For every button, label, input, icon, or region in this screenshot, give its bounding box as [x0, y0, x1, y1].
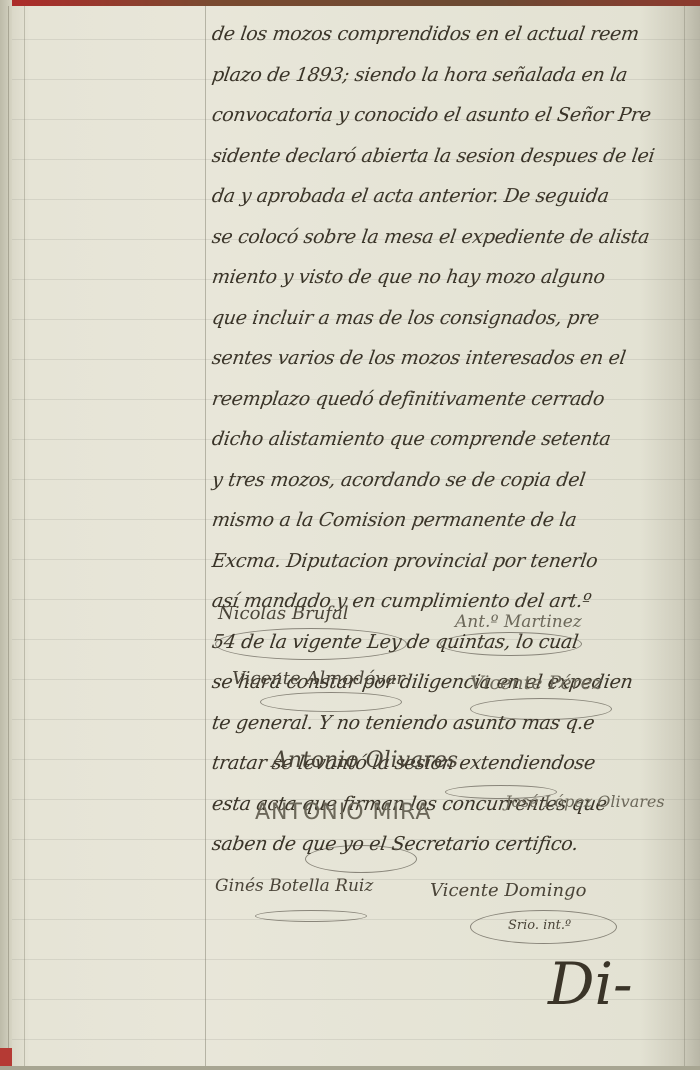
text-line: y tres mozos, acordando se de copia del: [209, 460, 685, 501]
signature-vicente-perez: Vicente Pérez: [470, 672, 602, 694]
minutes-body: de los mozos comprendidos en el actual r…: [212, 14, 682, 865]
text-line: mismo a la Comision permanente de la: [209, 500, 685, 541]
signature-flourish: [305, 845, 417, 873]
signature-flourish: [440, 632, 582, 656]
text-line: sentes varios de los mozos interesados e…: [209, 338, 685, 379]
binding-edge: [0, 0, 12, 1070]
signature-vicente-almodovar: Vicente Almodóvar: [232, 668, 405, 689]
signature-flourish: [470, 910, 617, 944]
text-line: de los mozos comprendidos en el actual r…: [209, 14, 685, 55]
page-bottom-edge: [0, 1066, 700, 1070]
text-line: miento y visto de que no hay mozo alguno: [209, 257, 685, 298]
text-line: plazo de 1893; siendo la hora señalada e…: [209, 55, 685, 96]
signature-flourish: [215, 628, 407, 660]
page-top-edge: [0, 0, 700, 6]
signature-flourish: [260, 692, 402, 712]
text-line: Excma. Diputacion provincial por tenerlo: [209, 541, 685, 582]
manuscript-page: de los mozos comprendidos en el actual r…: [0, 0, 700, 1070]
text-line: sidente declaró abierta la sesion despue…: [209, 136, 685, 177]
signature-jose-lopez-olivares: José López Olivares: [505, 792, 665, 811]
signature-antonio-mira: ANTONIO MIRA: [255, 800, 431, 825]
text-line: reemplazo quedó definitivamente cerrado: [209, 379, 685, 420]
signature-nicolas-brufal: Nicolas Brufal: [218, 603, 348, 624]
text-line: dicho alistamiento que comprende setenta: [209, 419, 685, 460]
signature-antonio-martinez: Ant.º Martinez: [455, 612, 582, 632]
margin-rule: [8, 6, 9, 1066]
margin-rule: [24, 6, 25, 1066]
margin-rule-right: [684, 6, 685, 1066]
signature-gines-botella-ruiz: Ginés Botella Ruiz: [215, 876, 373, 896]
text-line: da y aprobada el acta anterior. De segui…: [209, 176, 685, 217]
margin-rule-main: [205, 6, 206, 1066]
text-line: se colocó sobre la mesa el expediente de…: [209, 217, 685, 258]
text-line: convocatoria y conocido el asunto el Señ…: [209, 95, 685, 136]
signature-flourish: [470, 698, 612, 720]
text-line: saben de que yo el Secretario certifico.: [209, 824, 685, 865]
signature-antonio-olivares: Antonio Olivares: [272, 748, 458, 773]
signature-flourish: [255, 910, 367, 922]
catchword: Di-: [548, 950, 633, 1018]
text-line: que incluir a mas de los consignados, pr…: [209, 298, 685, 339]
signature-vicente-domingo: Vicente Domingo: [430, 880, 586, 901]
